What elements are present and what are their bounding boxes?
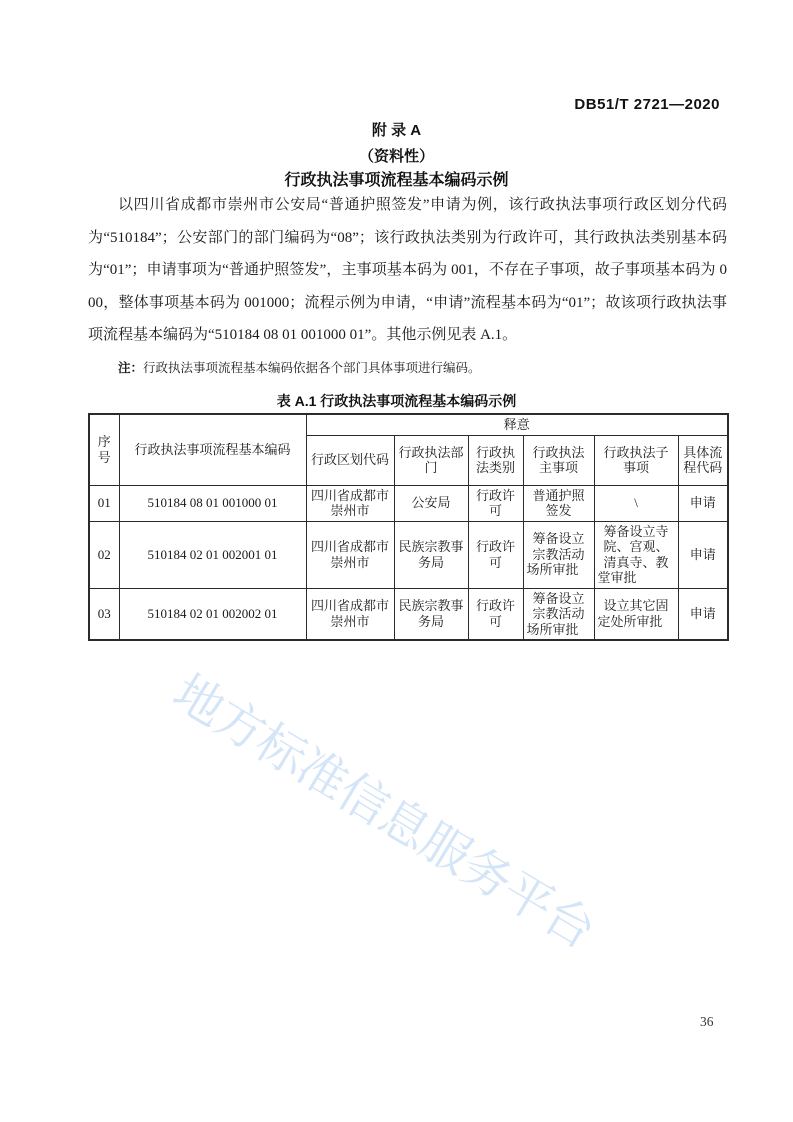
appendix-type: （资料性） xyxy=(0,145,793,166)
header-dept: 行政执法部门 xyxy=(394,435,468,485)
cell-sub-item: 设立其它固定处所审批 xyxy=(594,588,678,640)
header-code: 行政执法事项流程基本编码 xyxy=(119,414,306,485)
header-sub-item: 行政执法子事项 xyxy=(594,435,678,485)
note-label: 注： xyxy=(118,361,143,375)
table-caption: 表 A.1 行政执法事项流程基本编码示例 xyxy=(0,391,793,411)
cell-dept: 公安局 xyxy=(394,485,468,521)
standard-doc-code: DB51/T 2721—2020 xyxy=(574,96,720,113)
header-region: 行政区划代码 xyxy=(306,435,394,485)
cell-sub-item: 筹备设立寺院、宫观、清真寺、教堂审批 xyxy=(594,521,678,588)
header-category: 行政执法类别 xyxy=(468,435,523,485)
coding-example-table: 序号 行政执法事项流程基本编码 释意 行政区划代码 行政执法部门 行政执法类别 … xyxy=(88,413,729,641)
header-main-item: 行政执法主事项 xyxy=(523,435,594,485)
cell-code: 510184 08 01 001000 01 xyxy=(119,485,306,521)
watermark-text: 地方标准信息服务平台 xyxy=(162,655,610,962)
cell-code: 510184 02 01 002001 01 xyxy=(119,521,306,588)
cell-seq: 02 xyxy=(89,521,119,588)
appendix-label: 附 录 A xyxy=(0,119,793,140)
appendix-title: 行政执法事项流程基本编码示例 xyxy=(0,167,793,190)
cell-region: 四川省成都市崇州市 xyxy=(306,485,394,521)
table-row: 03 510184 02 01 002002 01 四川省成都市崇州市 民族宗教… xyxy=(89,588,728,640)
note-line: 注：行政执法事项流程基本编码依据各个部门具体事项进行编码。 xyxy=(118,358,727,376)
cell-seq: 03 xyxy=(89,588,119,640)
table-row: 01 510184 08 01 001000 01 四川省成都市崇州市 公安局 … xyxy=(89,485,728,521)
cell-flow: 申请 xyxy=(678,521,728,588)
header-seq: 序号 xyxy=(89,414,119,485)
cell-flow: 申请 xyxy=(678,588,728,640)
table-header-row-1: 序号 行政执法事项流程基本编码 释意 xyxy=(89,414,728,435)
cell-dept: 民族宗教事务局 xyxy=(394,521,468,588)
cell-seq: 01 xyxy=(89,485,119,521)
table-row: 02 510184 02 01 002001 01 四川省成都市崇州市 民族宗教… xyxy=(89,521,728,588)
document-page: DB51/T 2721—2020 附 录 A （资料性） 行政执法事项流程基本编… xyxy=(0,0,793,1122)
cell-region: 四川省成都市崇州市 xyxy=(306,521,394,588)
header-flow-code: 具体流程代码 xyxy=(678,435,728,485)
cell-code: 510184 02 01 002002 01 xyxy=(119,588,306,640)
cell-sub-item: \ xyxy=(594,485,678,521)
cell-main-item: 筹备设立宗教活动场所审批 xyxy=(523,521,594,588)
note-text: 行政执法事项流程基本编码依据各个部门具体事项进行编码。 xyxy=(143,361,481,375)
page-number: 36 xyxy=(700,1014,714,1030)
header-meaning: 释意 xyxy=(306,414,728,435)
cell-main-item: 普通护照签发 xyxy=(523,485,594,521)
cell-region: 四川省成都市崇州市 xyxy=(306,588,394,640)
cell-dept: 民族宗教事务局 xyxy=(394,588,468,640)
cell-flow: 申请 xyxy=(678,485,728,521)
cell-category: 行政许可 xyxy=(468,588,523,640)
body-paragraph: 以四川省成都市崇州市公安局“普通护照签发”申请为例，该行政执法事项行政区划分代码… xyxy=(88,189,727,352)
cell-category: 行政许可 xyxy=(468,485,523,521)
cell-category: 行政许可 xyxy=(468,521,523,588)
cell-main-item: 筹备设立宗教活动场所审批 xyxy=(523,588,594,640)
